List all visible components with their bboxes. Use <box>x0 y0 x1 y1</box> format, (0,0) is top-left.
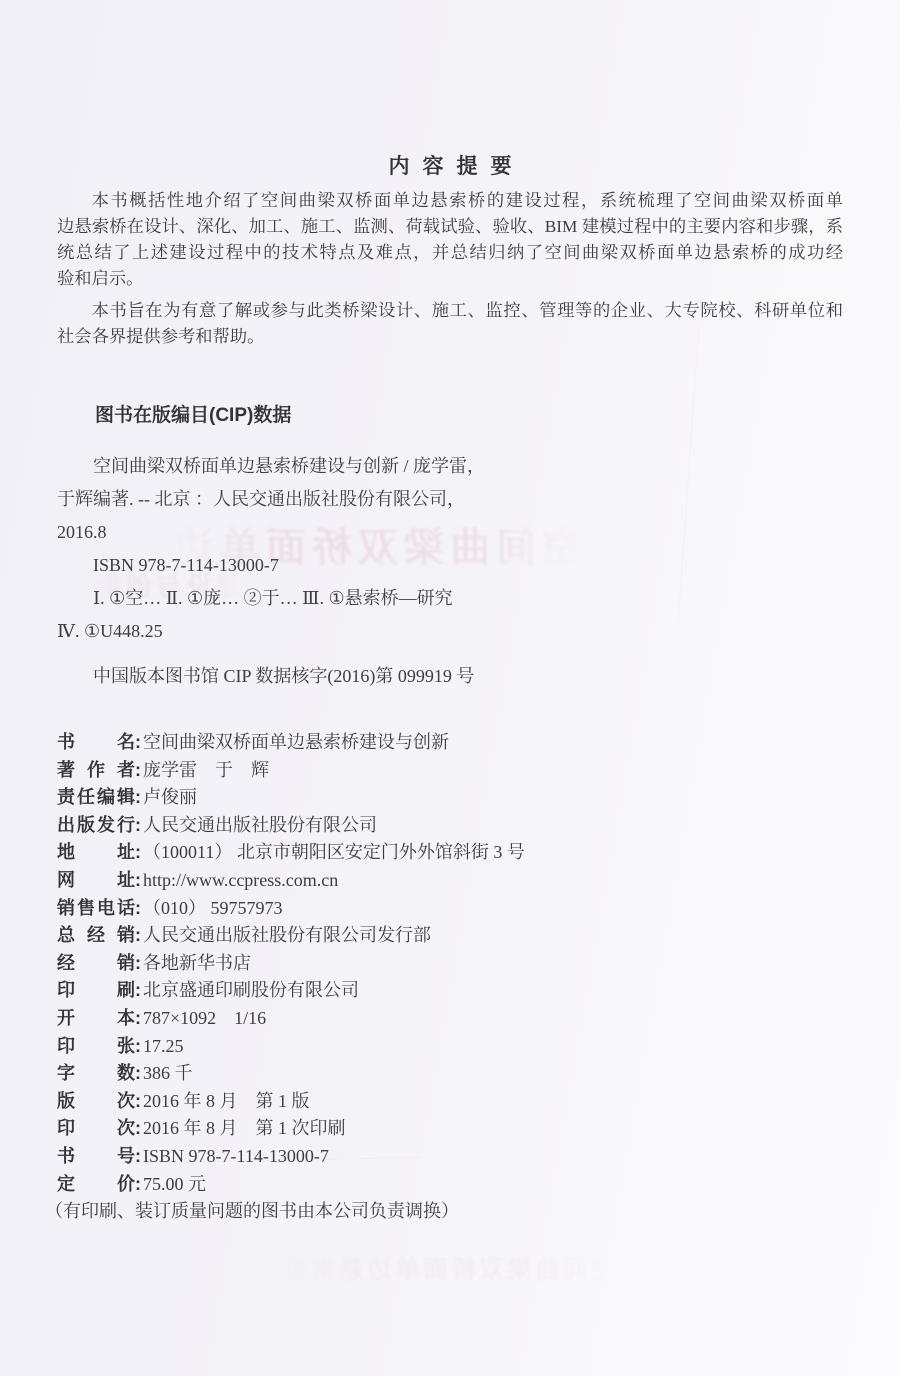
publication-info-row: 开本:787×1092 1/16 <box>57 1005 843 1033</box>
publication-info-row: 定价:75.00 元 <box>57 1171 843 1199</box>
cip-classification-line: Ⅰ. ①空… Ⅱ. ①庞… ②于… Ⅲ. ①悬索桥—研究 <box>57 582 843 615</box>
page-content: 内容提要 本书概括性地介绍了空间曲梁双桥面单边悬索桥的建设过程，系统梳理了空间曲… <box>0 152 900 1226</box>
publication-info-row: 字数:386 千 <box>57 1060 843 1088</box>
publication-field-label: 开本 <box>57 1005 135 1033</box>
publication-field-value: 庞学雷 于 辉 <box>141 760 269 780</box>
publication-field-value: 787×1092 1/16 <box>141 1008 266 1028</box>
publication-info-row: 销售电话:（010） 59757973 <box>57 895 843 923</box>
summary-paragraph-2: 本书旨在为有意了解或参与此类桥梁设计、施工、监控、管理等的企业、大专院校、科研单… <box>57 298 843 350</box>
publication-info-row: 印刷:北京盛通印刷股份有限公司 <box>57 977 843 1005</box>
publication-field-label: 地址 <box>57 839 135 867</box>
cip-section-heading: 图书在版编目(CIP)数据 <box>57 402 843 430</box>
summary-text-line: 社会各界提供参考和帮助。 <box>57 324 843 350</box>
summary-text-line: 本书旨在为有意了解或参与此类桥梁设计、施工、监控、管理等的企业、大专院校、科研单… <box>57 298 843 324</box>
publication-field-value: 空间曲梁双桥面单边悬索桥建设与创新 <box>141 732 449 752</box>
summary-text-line: 验和启示。 <box>57 266 843 292</box>
publication-info-row: 网址:http://www.ccpress.com.cn <box>57 867 843 895</box>
publication-field-value: 17.25 <box>141 1036 184 1056</box>
cip-registry-number-line: 中国版本图书馆 CIP 数据核字(2016)第 099919 号 <box>57 660 843 693</box>
publication-info-row: 经销:各地新华书店 <box>57 950 843 978</box>
publication-field-value: 各地新华书店 <box>141 953 251 973</box>
publication-field-label: 著作者 <box>57 757 135 785</box>
publication-info-row: 出版发行:人民交通出版社股份有限公司 <box>57 812 843 840</box>
publication-field-value: http://www.ccpress.com.cn <box>141 870 338 890</box>
publication-field-value: （010） 59757973 <box>141 898 283 918</box>
showthrough-ghost-bottom: 空间曲梁双桥面单边悬索桥 <box>280 1250 616 1286</box>
publication-field-label: 责任编辑 <box>57 784 135 812</box>
summary-text-line: 统总结了上述建设过程中的技术特点及难点，并总结归纳了空间曲梁双桥面单边悬索桥的成… <box>57 240 843 266</box>
publication-field-label: 书号 <box>57 1143 135 1171</box>
publication-info-row: 地址:（100011） 北京市朝阳区安定门外外馆斜街 3 号 <box>57 839 843 867</box>
publication-field-label: 印张 <box>57 1033 135 1061</box>
publication-field-label: 字数 <box>57 1060 135 1088</box>
cip-date-line: 2016.8 <box>57 516 843 549</box>
publication-field-value: 386 千 <box>141 1063 193 1083</box>
publication-info-row: 总经销:人民交通出版社股份有限公司发行部 <box>57 922 843 950</box>
publication-field-label: 印次 <box>57 1115 135 1143</box>
cip-classification-line: Ⅳ. ①U448.25 <box>57 615 843 648</box>
publication-info-row: 印次:2016 年 8 月 第 1 次印刷 <box>57 1115 843 1143</box>
publication-field-value: ISBN 978-7-114-13000-7 <box>141 1146 329 1166</box>
publication-field-label: 版次 <box>57 1088 135 1116</box>
book-copyright-page: 空间曲梁双桥面单边 建设与创新 空间曲梁双桥面单边悬索桥 内容提要 本书概括性地… <box>0 0 900 1376</box>
summary-paragraph-1: 本书概括性地介绍了空间曲梁双桥面单边悬索桥的建设过程，系统梳理了空间曲梁双桥面单… <box>57 188 843 292</box>
publication-field-label: 书名 <box>57 729 135 757</box>
cip-isbn-line: ISBN 978-7-114-13000-7 <box>57 549 843 582</box>
cip-data-block: 空间曲梁双桥面单边悬索桥建设与创新 / 庞学雷， 于辉编著. -- 北京 ：人民… <box>57 450 843 693</box>
exchange-policy-note: （有印刷、装订质量问题的图书由本公司负责调换） <box>45 1198 843 1226</box>
publication-field-value: （100011） 北京市朝阳区安定门外外馆斜街 3 号 <box>141 842 525 862</box>
summary-text-line: 本书概括性地介绍了空间曲梁双桥面单边悬索桥的建设过程，系统梳理了空间曲梁双桥面单 <box>57 188 843 214</box>
publication-field-label: 印刷 <box>57 977 135 1005</box>
cip-publisher-line: 于辉编著. -- 北京 ：人民交通出版社股份有限公司， <box>57 483 843 516</box>
publication-field-label: 出版发行 <box>57 812 135 840</box>
publication-field-value: 北京盛通印刷股份有限公司 <box>141 980 359 1000</box>
publication-field-value: 75.00 元 <box>141 1174 206 1194</box>
summary-section-title: 内容提要 <box>57 152 843 182</box>
publication-field-value: 2016 年 8 月 第 1 版 <box>141 1091 310 1111</box>
publication-info-row: 印张:17.25 <box>57 1033 843 1061</box>
publication-field-label: 总经销 <box>57 922 135 950</box>
publication-field-value: 人民交通出版社股份有限公司发行部 <box>141 925 431 945</box>
publication-field-label: 经销 <box>57 950 135 978</box>
publication-field-value: 2016 年 8 月 第 1 次印刷 <box>141 1118 346 1138</box>
summary-text-line: 边悬索桥在设计、深化、加工、施工、监测、荷载试验、验收、BIM 建模过程中的主要… <box>57 214 843 240</box>
publication-info-row: 书号:ISBN 978-7-114-13000-7 <box>57 1143 843 1171</box>
cip-title-author-line: 空间曲梁双桥面单边悬索桥建设与创新 / 庞学雷， <box>57 450 843 483</box>
publication-info-row: 书名:空间曲梁双桥面单边悬索桥建设与创新 <box>57 729 843 757</box>
publication-field-label: 销售电话 <box>57 895 135 923</box>
publication-field-value: 人民交通出版社股份有限公司 <box>141 815 377 835</box>
publication-field-label: 网址 <box>57 867 135 895</box>
publication-info-row: 著作者:庞学雷 于 辉 <box>57 757 843 785</box>
publication-info-row: 版次:2016 年 8 月 第 1 版 <box>57 1088 843 1116</box>
publication-field-value: 卢俊丽 <box>141 787 197 807</box>
publication-info-row: 责任编辑:卢俊丽 <box>57 784 843 812</box>
publication-info-list: 书名:空间曲梁双桥面单边悬索桥建设与创新 著作者:庞学雷 于 辉 责任编辑:卢俊… <box>57 729 843 1226</box>
publication-field-label: 定价 <box>57 1171 135 1199</box>
